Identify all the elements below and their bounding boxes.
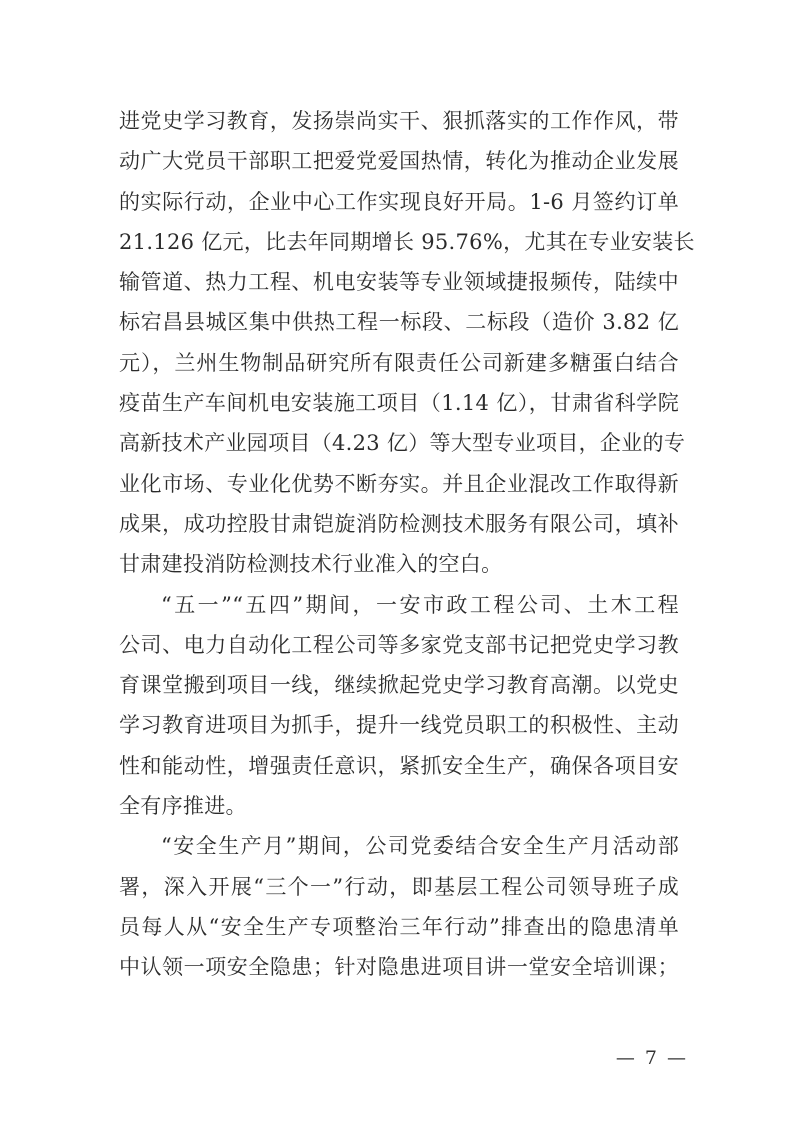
document-body: 进党史学习教育，发扬崇尚实干、狠抓落实的工作作风，带动广大党员干部职工把爱党爱国… bbox=[119, 101, 679, 988]
text-line: 员每人从“安全生产专项整治三年行动”排查出的隐患清单 bbox=[119, 907, 679, 947]
paragraph: 进党史学习教育，发扬崇尚实干、狠抓落实的工作作风，带动广大党员干部职工把爱党爱国… bbox=[119, 101, 679, 585]
text-line: 标宕昌县城区集中供热工程一标段、二标段（造价 3.82 亿 bbox=[119, 302, 679, 342]
text-line: “安全生产月”期间，公司党委结合安全生产月活动部 bbox=[119, 826, 679, 866]
text-line: 公司、电力自动化工程公司等多家党支部书记把党史学习教 bbox=[119, 625, 679, 665]
text-line: 输管道、热力工程、机电安装等专业领域捷报频传，陆续中 bbox=[119, 262, 679, 302]
text-line: 署，深入开展“三个一”行动，即基层工程公司领导班子成 bbox=[119, 867, 679, 907]
text-line: 动广大党员干部职工把爱党爱国热情，转化为推动企业发展 bbox=[119, 141, 679, 181]
text-line: 疫苗生产车间机电安装施工项目（1.14 亿），甘肃省科学院 bbox=[119, 383, 679, 423]
document-page: 进党史学习教育，发扬崇尚实干、狠抓落实的工作作风，带动广大党员干部职工把爱党爱国… bbox=[0, 0, 800, 1131]
paragraph: “五一”“五四”期间，一安市政工程公司、土木工程公司、电力自动化工程公司等多家党… bbox=[119, 585, 679, 827]
text-line: 进党史学习教育，发扬崇尚实干、狠抓落实的工作作风，带 bbox=[119, 101, 679, 141]
text-line: 成果，成功控股甘肃铠旋消防检测技术服务有限公司，填补 bbox=[119, 504, 679, 544]
text-line: 育课堂搬到项目一线，继续掀起党史学习教育高潮。以党史 bbox=[119, 665, 679, 705]
text-line: 21.126 亿元，比去年同期增长 95.76%，尤其在专业安装长 bbox=[119, 222, 679, 262]
text-line: 的实际行动，企业中心工作实现良好开局。1-6 月签约订单 bbox=[119, 182, 679, 222]
text-line: “五一”“五四”期间，一安市政工程公司、土木工程 bbox=[119, 585, 679, 625]
text-line: 元），兰州生物制品研究所有限责任公司新建多糖蛋白结合 bbox=[119, 343, 679, 383]
text-line: 学习教育进项目为抓手，提升一线党员职工的积极性、主动 bbox=[119, 705, 679, 745]
page-number: — 7 — bbox=[616, 1046, 688, 1070]
text-line: 业化市场、专业化优势不断夯实。并且企业混改工作取得新 bbox=[119, 464, 679, 504]
text-line: 全有序推进。 bbox=[119, 786, 679, 826]
text-line: 中认领一项安全隐患；针对隐患进项目讲一堂安全培训课； bbox=[119, 947, 679, 987]
paragraph: “安全生产月”期间，公司党委结合安全生产月活动部署，深入开展“三个一”行动，即基… bbox=[119, 826, 679, 987]
text-line: 高新技术产业园项目（4.23 亿）等大型专业项目，企业的专 bbox=[119, 423, 679, 463]
text-line: 性和能动性，增强责任意识，紧抓安全生产，确保各项目安 bbox=[119, 746, 679, 786]
text-line: 甘肃建投消防检测技术行业准入的空白。 bbox=[119, 544, 679, 584]
